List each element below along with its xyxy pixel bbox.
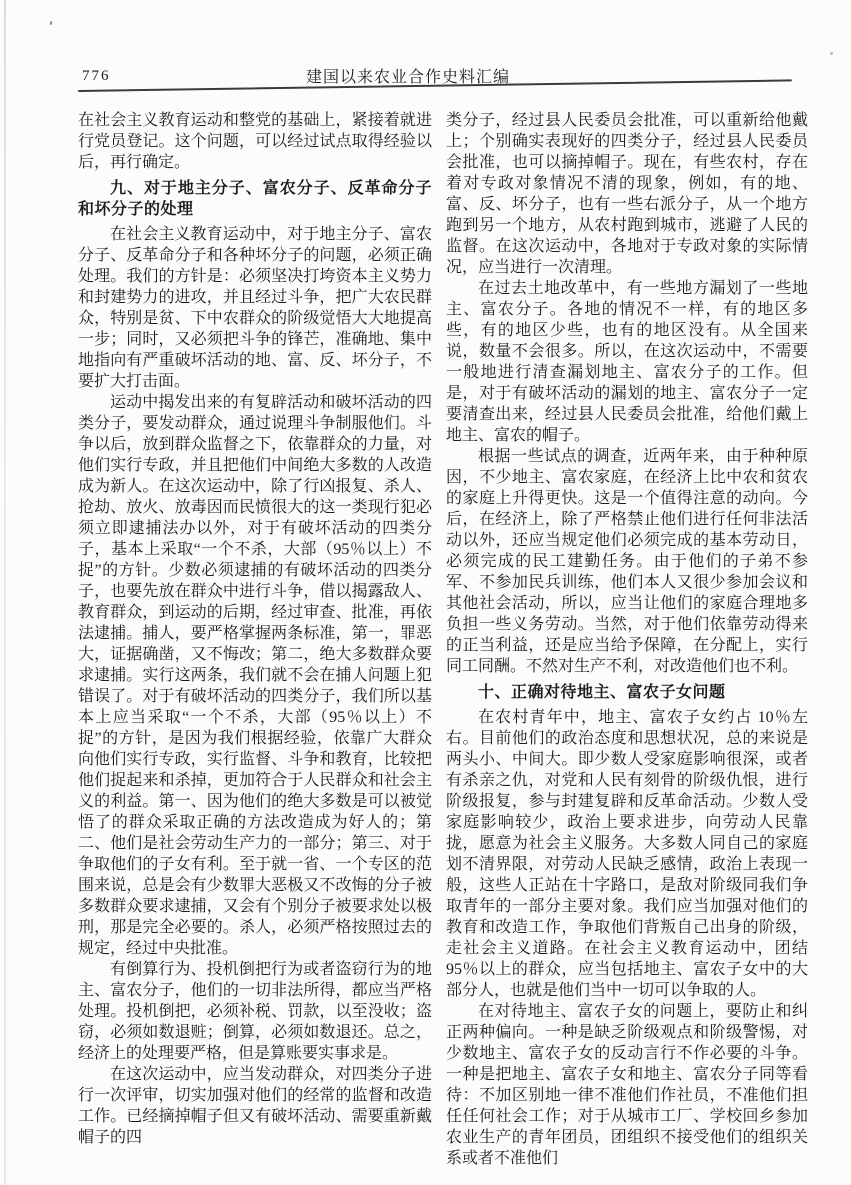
body-text-block: 在社会主义教育运动和整党的基础上，紧接着就进行党员登记。这个问题，可以经过试点取…	[78, 110, 432, 173]
body-text-block: 在对待地主、富农子女的问题上，要防止和纠正两种偏向。一种是缺乏阶级观点和阶级警惕…	[446, 1001, 808, 1169]
body-text-block: 在过去土地改革中，有一些地方漏划了一些地主、富农分子。各地的情况不一样，有的地区…	[446, 278, 808, 446]
column-right: 类分子，经过县人民委员会批准，可以重新给他戴上；个别确实表现好的四类分子，经过县…	[446, 110, 808, 1169]
scan-speck	[830, 52, 833, 55]
body-text-block: 运动中揭发出来的有复辟活动和破坏活动的四类分子，要发动群众，通过说理斗争制服他们…	[78, 392, 432, 959]
body-text-block: 类分子，经过县人民委员会批准，可以重新给他戴上；个别确实表现好的四类分子，经过县…	[446, 110, 808, 278]
body-text-block: 在社会主义教育运动中，对于地主分子、富农分子、反革命分子和各种坏分子的问题，必须…	[78, 224, 432, 392]
scan-speck	[50, 21, 53, 25]
body-text-block: 根据一些试点的调查，近两年来，由于种种原因，不少地主、富农家庭，在经济上比中农和…	[446, 446, 808, 677]
body-text-block: 有倒算行为、投机倒把行为或者盗窃行为的地主、富农分子，他们的一切非法所得，都应当…	[78, 959, 432, 1064]
body-text-block: 在这次运动中，应当发动群众，对四类分子进行一次评审，切实加强对他们的经常的监督和…	[78, 1064, 432, 1148]
scanned-book-page: 776 建国以来农业合作史料汇编 在社会主义教育运动和整党的基础上，紧接着就进行…	[0, 0, 851, 1185]
column-left: 在社会主义教育运动和整党的基础上，紧接着就进行党员登记。这个问题，可以经过试点取…	[78, 110, 432, 1169]
section-heading: 十、正确对待地主、富农子女问题	[446, 682, 808, 703]
section-heading: 九、对于地主分子、富农分子、反革命分子和坏分子的处理	[78, 178, 432, 220]
two-column-text-area: 在社会主义教育运动和整党的基础上，紧接着就进行党员登记。这个问题，可以经过试点取…	[78, 110, 808, 1169]
page-number: 776	[82, 68, 111, 85]
body-text-block: 在农村青年中，地主、富农子女约占 10％左右。目前他们的政治态度和思想状况，总的…	[446, 707, 808, 1001]
scan-edge-artifact	[4, 0, 6, 1185]
